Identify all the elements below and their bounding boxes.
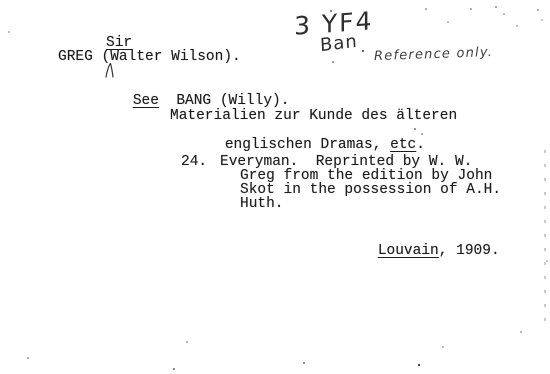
scan-specks xyxy=(0,0,2,2)
entry-line-4: Huth. xyxy=(240,197,284,212)
shelfmark-line-2: Ban xyxy=(320,31,359,57)
series-title-period: . xyxy=(416,137,425,153)
imprint-place: Louvain xyxy=(378,243,439,259)
imprint-line: Louvain, 1909. xyxy=(343,229,500,274)
see-label: See xyxy=(133,93,159,109)
author-heading-line: GREG (Walter Wilson). xyxy=(58,50,241,65)
series-title-line-1: Materialien zur Kunde des älteren xyxy=(170,109,457,124)
entry-number: 24. xyxy=(181,155,207,170)
reference-note: Reference only. xyxy=(374,45,494,64)
catalog-card: Sir GREG (Walter Wilson). See BANG (Will… xyxy=(0,0,550,374)
series-title-line-2-text: englischen Dramas, xyxy=(225,137,390,153)
series-title-etc: etc xyxy=(390,137,416,153)
imprint-date: , 1909. xyxy=(439,243,500,259)
see-target: BANG (Willy). xyxy=(159,93,290,109)
scan-edge-artifact xyxy=(544,150,546,330)
